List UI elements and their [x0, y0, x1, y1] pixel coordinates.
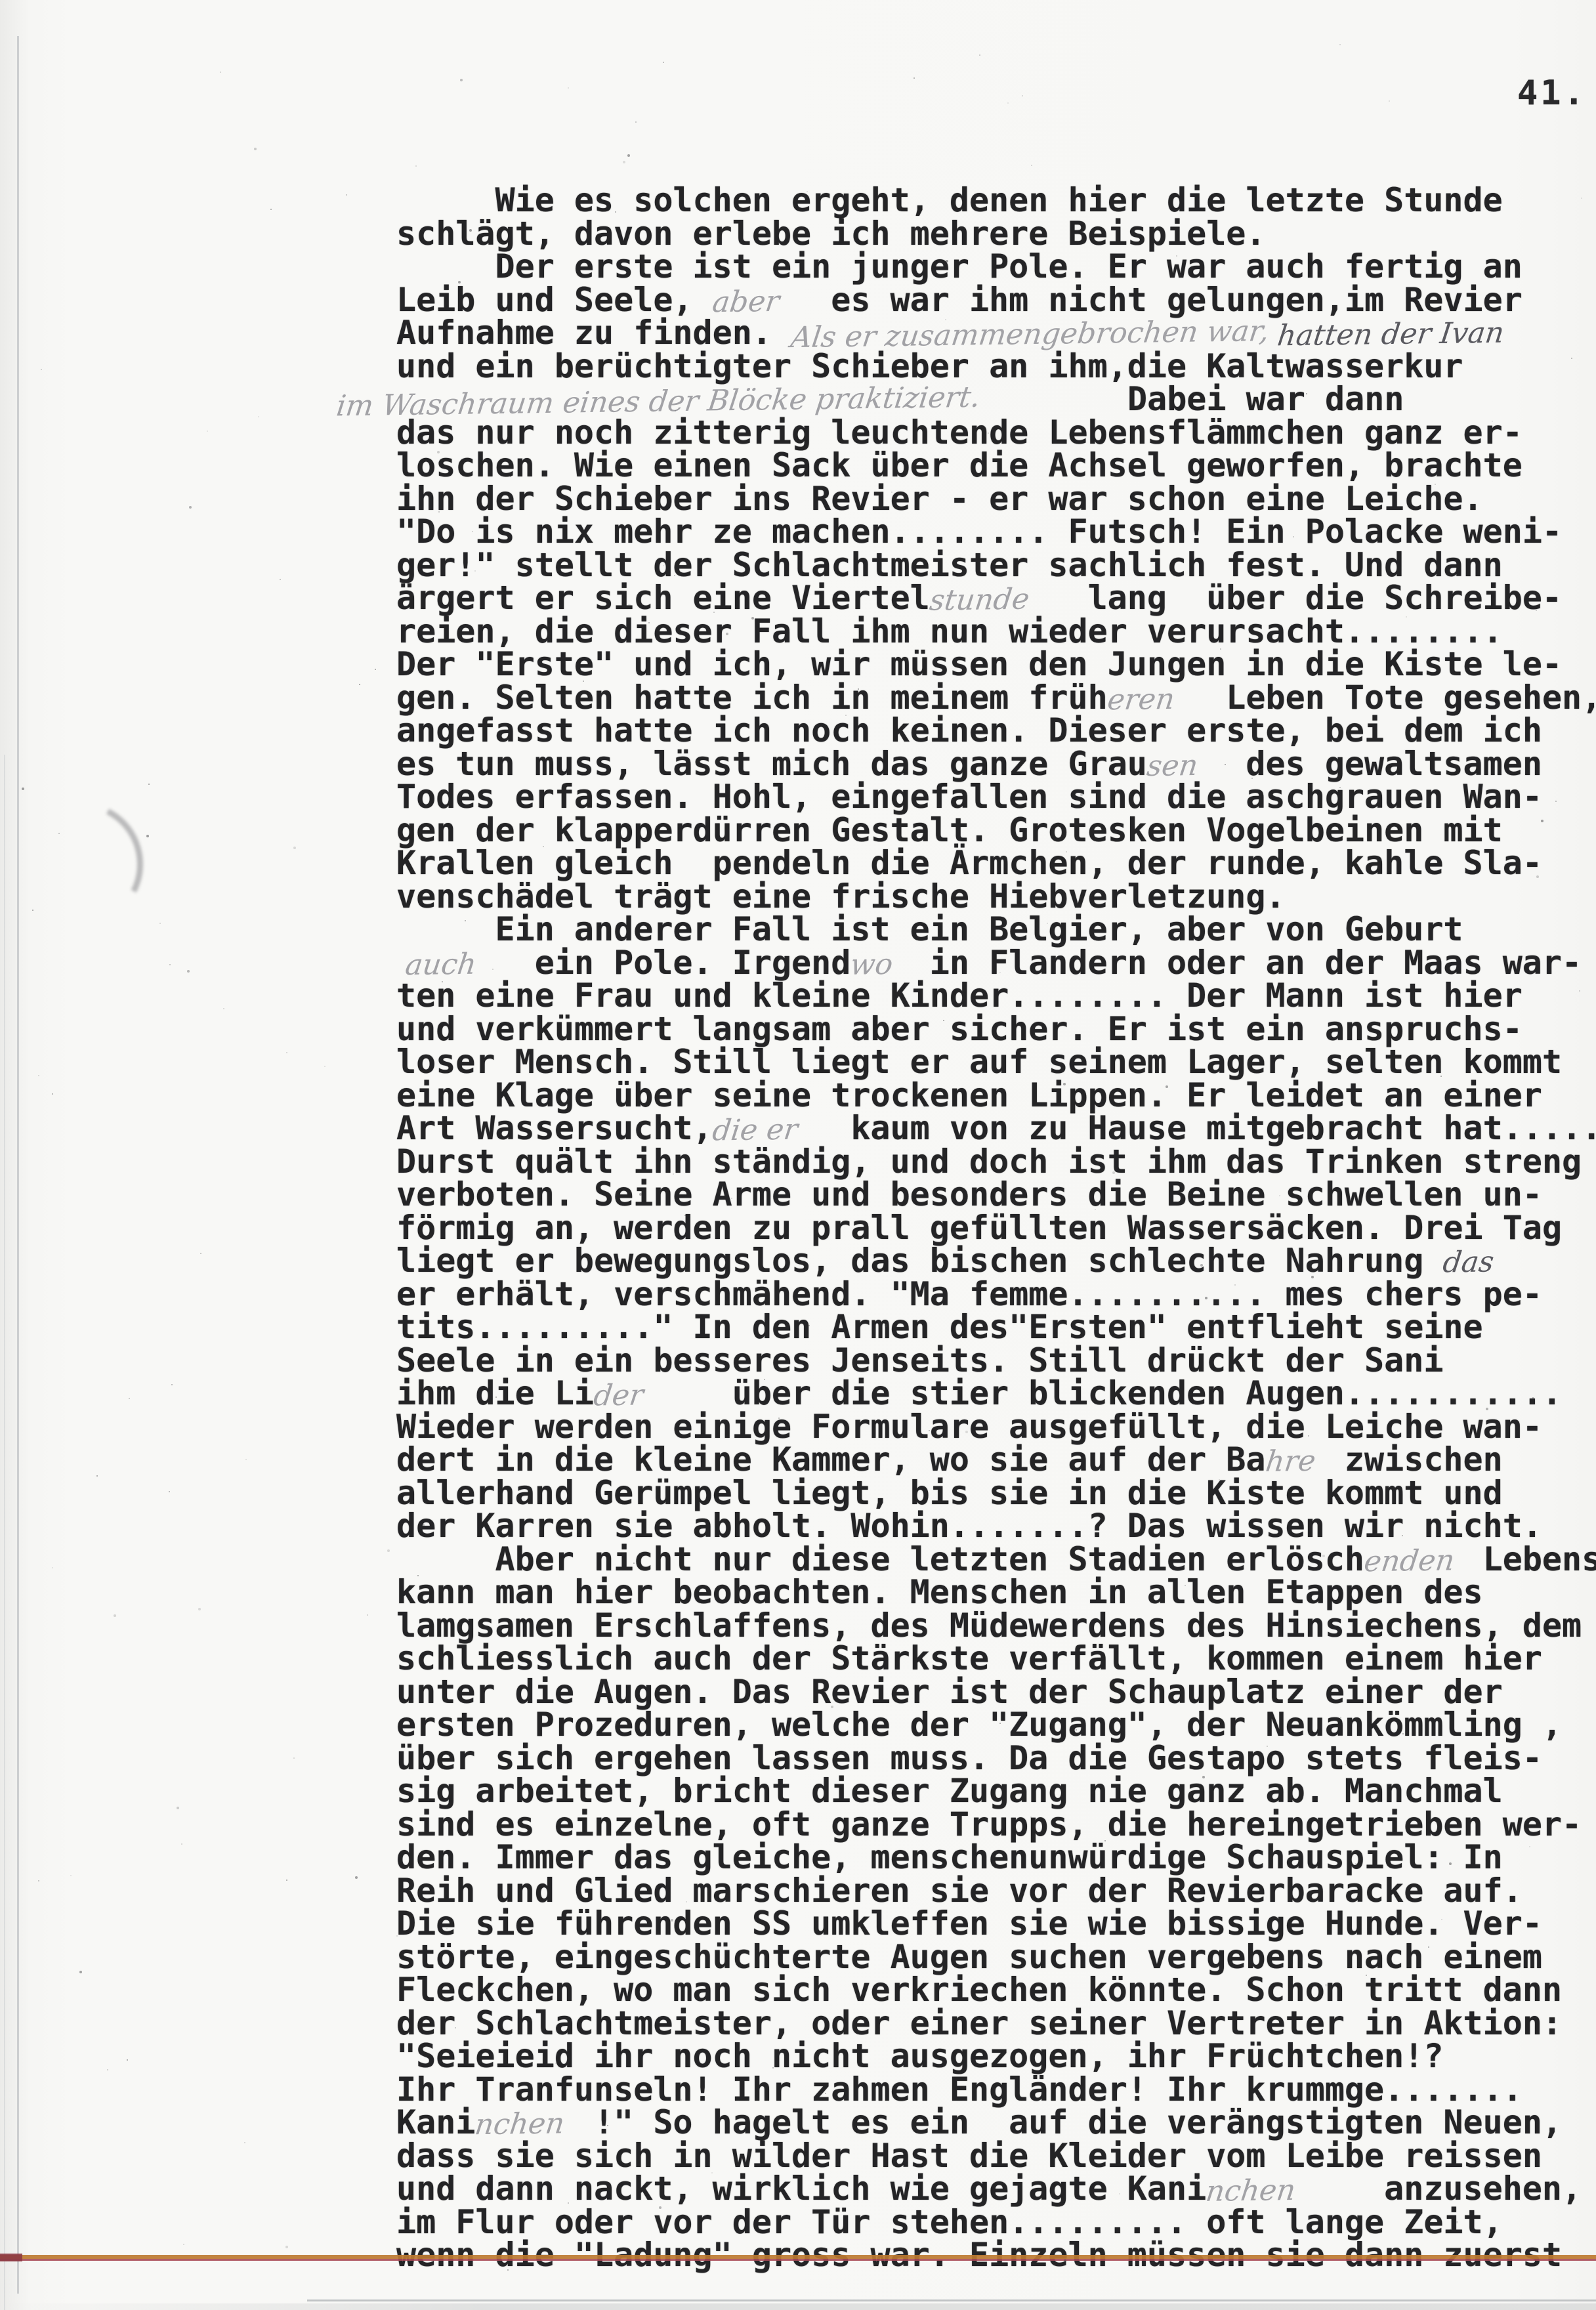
scan-noise-speck [1579, 990, 1580, 992]
typed-text-segment: loschen. Wie einen Sack über die Achsel … [396, 446, 1522, 484]
document-line: förmig an, werden zu prall gefüllten Was… [396, 1211, 1596, 1245]
typed-text-segment: gen. Selten hatte ich in meinem früh [396, 679, 1108, 717]
document-line: auchein Pole. Irgendwoin Flandern oder a… [396, 946, 1596, 980]
scan-noise-speck [1449, 1862, 1452, 1865]
scan-noise-speck [999, 1723, 1001, 1724]
scan-noise-speck [1492, 421, 1493, 422]
scan-noise-speck [711, 2172, 713, 2173]
scan-noise-speck [146, 835, 149, 837]
scan-noise-speck [1095, 1209, 1096, 1210]
scan-noise-speck [22, 787, 24, 790]
scan-noise-speck [1091, 894, 1092, 896]
document-line: ten eine Frau und kleine Kinder........ … [396, 979, 1596, 1013]
scan-noise-speck [1474, 1854, 1475, 1855]
document-line: sind es einzelne, oft ganze Trupps, die … [396, 1808, 1596, 1841]
handwritten-annotation: aber [710, 284, 833, 319]
scan-noise-speck [713, 612, 715, 613]
typed-text-segment: reien, die dieser Fall ihm nun wieder ve… [396, 612, 1503, 650]
scan-noise-speck [671, 1919, 673, 1921]
highlight-rule-red [0, 2259, 1596, 2261]
scan-noise-speck [1047, 923, 1048, 924]
typed-text-segment: des gewaltsamen [1246, 745, 1542, 783]
scan-noise-speck [659, 2206, 661, 2209]
scan-noise-speck [778, 1417, 780, 1419]
scan-noise-speck [472, 531, 473, 532]
scan-noise-speck [1279, 1195, 1280, 1196]
scan-noise-speck [1366, 1975, 1367, 1976]
typed-text-segment: es tun muss, lässt mich das ganze Grau [396, 745, 1147, 783]
scan-noise-speck [1119, 2193, 1120, 2194]
document-line: den. Immer das gleiche, menschenunwürdig… [396, 1841, 1596, 1874]
scan-noise-speck [183, 2244, 184, 2245]
document-line: Ihr Tranfunseln! Ihr zahmen Engländer! I… [396, 2073, 1596, 2107]
scan-noise-speck [1076, 1729, 1077, 1731]
scan-noise-speck [1448, 2190, 1449, 2191]
scan-edge-line [17, 36, 19, 2294]
typed-text-segment: zwischen [1345, 1440, 1503, 1479]
typed-text-segment: der Schlachtmeister, oder einer seiner V… [396, 2004, 1562, 2042]
scan-noise-speck [913, 77, 915, 79]
scan-edge-line-faint [4, 755, 5, 2310]
scan-noise-speck [285, 2246, 288, 2248]
scan-noise-speck [1080, 793, 1083, 796]
scan-noise-speck [764, 1379, 765, 1380]
scan-noise-speck [417, 1575, 419, 1576]
scan-noise-speck [1532, 1397, 1534, 1398]
scan-noise-speck [638, 1486, 639, 1487]
scan-noise-speck [245, 1459, 247, 1460]
scan-noise-speck [441, 1024, 442, 1025]
scan-noise-speck [79, 1971, 82, 1973]
scan-noise-speck [1022, 95, 1023, 96]
scan-noise-speck [32, 910, 33, 911]
typed-text-segment: dert in die kleine Kammer, wo sie auf de… [396, 1440, 1266, 1479]
document-line: das nur noch zitterig leuchtende Lebensf… [396, 416, 1596, 450]
scan-noise-speck [286, 1879, 287, 1881]
scan-noise-speck [979, 54, 980, 56]
scan-noise-speck [293, 847, 296, 849]
scan-noise-speck [38, 1880, 39, 1881]
scan-noise-speck [988, 432, 989, 434]
scan-noise-speck [396, 1935, 398, 1937]
scan-noise-speck [808, 1325, 810, 1326]
scan-noise-speck [70, 1875, 72, 1876]
handwritten-annotation: sen [1145, 748, 1248, 783]
scan-noise-speck [1389, 100, 1390, 102]
scan-noise-speck [367, 1614, 368, 1616]
scan-noise-speck [387, 1549, 390, 1552]
typed-text-segment: Der "Erste" und ich, wir müssen den Jung… [396, 645, 1562, 683]
scan-noise-speck [280, 579, 281, 580]
scan-noise-speck [223, 1008, 224, 1009]
scan-noise-speck [943, 1020, 944, 1021]
scan-noise-speck [1007, 102, 1009, 104]
handwritten-annotation: Als er zusammengebrochen war, [789, 315, 1280, 355]
document-line: Leib und Seele, aberes war ihm nicht gel… [396, 283, 1596, 317]
scan-noise-speck [501, 304, 502, 305]
scan-noise-speck [1406, 616, 1407, 618]
scan-noise-speck [1200, 1264, 1203, 1267]
scan-noise-speck [198, 1608, 201, 1610]
scan-noise-speck [207, 430, 208, 432]
scan-noise-speck [1193, 2021, 1194, 2023]
scan-noise-speck [1064, 2259, 1066, 2262]
typed-text-segment: "Seieieid ihr noch nicht ausgezogen, ihr… [396, 2037, 1443, 2075]
scan-noise-speck [639, 1193, 642, 1196]
typed-text-segment: ärgert er sich eine Viertel [396, 579, 930, 617]
document-line: Ein anderer Fall ist ein Belgier, aber v… [396, 913, 1596, 946]
scan-noise-speck [200, 1253, 201, 1254]
typed-text-segment: Aber nicht nur diese letzten Stadien erl… [396, 1540, 1364, 1578]
scan-noise-speck [1571, 358, 1572, 359]
typed-text-segment: er erhält, verschmähend. "Ma femme......… [396, 1275, 1542, 1313]
typed-text-segment: ihm die Li [396, 1374, 594, 1412]
handwritten-annotation: stunde [927, 582, 1090, 618]
typed-text-segment: Seele in ein besseres Jenseits. Still dr… [396, 1341, 1443, 1379]
document-line: gen der klapperdürren Gestalt. Grotesken… [396, 814, 1596, 847]
scan-noise-speck [689, 375, 690, 377]
hole-punch-mark [2, 786, 159, 942]
scan-noise-speck [1177, 1220, 1178, 1221]
document-line: ärgert er sich eine Viertelstundelang üb… [396, 581, 1596, 615]
document-line: liegt er bewegungslos, das bischen schle… [396, 1244, 1596, 1278]
scan-noise-speck [492, 969, 493, 970]
typed-text-segment: der Karren sie abholt. Wohin.......? Das… [396, 1507, 1542, 1545]
scan-noise-speck [999, 972, 1001, 973]
scan-noise-speck [607, 2125, 608, 2126]
document-line: schlägt, davon erlebe ich mehrere Beispi… [396, 217, 1596, 251]
scan-noise-speck [679, 2099, 682, 2101]
typed-text-segment: dass sie sich in wilder Hast die Kleider… [396, 2137, 1542, 2175]
document-text-block: Wie es solchen ergeht, denen hier die le… [396, 184, 1596, 2272]
handwritten-annotation: enden [1362, 1543, 1485, 1578]
document-line: Aufnahme zu finden. Als er zusammengebro… [396, 316, 1596, 350]
scan-noise-speck [258, 416, 259, 417]
scan-noise-speck [187, 970, 190, 973]
document-line: es tun muss, lässt mich das ganze Grause… [396, 747, 1596, 781]
typed-text-segment: ger!" stellt der Schlachtmeister sachlic… [396, 546, 1503, 584]
scan-noise-speck [825, 2093, 826, 2094]
document-line: sig arbeitet, bricht dieser Zugang nie g… [396, 1774, 1596, 1808]
scan-noise-speck [455, 2027, 456, 2028]
scan-noise-speck [675, 410, 676, 411]
typed-text-segment: Lebens [1483, 1540, 1596, 1578]
document-line: reien, die dieser Fall ihm nun wieder ve… [396, 615, 1596, 648]
scan-noise-speck [1202, 624, 1203, 625]
scan-noise-speck [1057, 957, 1060, 960]
scan-noise-speck [1225, 764, 1226, 765]
scan-noise-speck [159, 923, 161, 924]
document-line: über sich ergehen lassen muss. Da die Ge… [396, 1742, 1596, 1775]
scan-noise-speck [1066, 851, 1067, 852]
scan-noise-speck [1402, 1733, 1404, 1734]
scan-noise-speck [415, 165, 417, 167]
typed-text-segment: kaum von zu Hause mitgebracht hat..... [850, 1109, 1596, 1147]
scan-noise-speck [171, 1384, 173, 1385]
document-line: Die sie führenden SS umkleffen sie wie b… [396, 1907, 1596, 1941]
scan-noise-speck [633, 1563, 635, 1564]
typed-text-segment: loser Mensch. Still liegt er auf seinem … [396, 1043, 1562, 1081]
scan-noise-speck [1100, 1658, 1101, 1659]
scan-noise-speck [1459, 2120, 1461, 2122]
document-line: schliesslich auch der Stärkste verfällt,… [396, 1642, 1596, 1675]
scan-noise-speck [446, 1928, 448, 1929]
scan-noise-speck [38, 1075, 39, 1076]
typed-text-segment: förmig an, werden zu prall gefüllten Was… [396, 1209, 1562, 1247]
typed-text-segment: kann man hier beobachten. Menschen in al… [396, 1573, 1483, 1611]
scan-noise-speck [1322, 1555, 1325, 1557]
highlight-rule-left-end [0, 2254, 22, 2261]
typed-text-segment: und verkümmert langsam aber sicher. Er i… [396, 1010, 1522, 1048]
document-line: unter die Augen. Das Revier ist der Scha… [396, 1675, 1596, 1709]
typed-text-segment: ersten Prozeduren, welche der "Zugang", … [396, 1706, 1562, 1744]
scan-noise-speck [1234, 1284, 1236, 1286]
scan-noise-speck [1205, 1297, 1207, 1299]
scan-noise-speck [1251, 778, 1253, 779]
scan-noise-speck [1450, 2229, 1451, 2230]
typed-text-segment: Wie es solchen ergeht, denen hier die le… [396, 181, 1503, 219]
document-line: Seele in ein besseres Jenseits. Still dr… [396, 1344, 1596, 1377]
scan-noise-speck [635, 121, 637, 123]
scan-noise-speck [375, 669, 376, 670]
typed-text-segment: Art Wassersucht, [396, 1109, 713, 1147]
document-line: Krallen gleich pendeln die Ärmchen, der … [396, 847, 1596, 880]
scan-noise-speck [1529, 1846, 1530, 1847]
scan-noise-speck [189, 506, 192, 509]
scan-noise-speck [992, 2227, 995, 2229]
scan-noise-speck [1555, 801, 1557, 802]
typed-text-segment: ten eine Frau und kleine Kinder........ … [396, 976, 1522, 1015]
document-line: und ein berüchtigter Schieber an ihm,die… [396, 350, 1596, 383]
scan-noise-speck [975, 1931, 976, 1933]
typed-text-segment: liegt er bewegungslos, das bischen schle… [396, 1242, 1443, 1280]
typed-text-segment: schliesslich auch der Stärkste verfällt,… [396, 1639, 1542, 1677]
typed-text-segment: Leib und Seele, [396, 281, 713, 319]
scan-noise-speck [1345, 1764, 1346, 1765]
scan-noise-speck [458, 281, 461, 283]
typed-text-segment: unter die Augen. Das Revier ist der Scha… [396, 1673, 1503, 1711]
document-line: Todes erfassen. Hohl, eingefallen sind d… [396, 780, 1596, 814]
typed-text-segment: Kani [396, 2103, 475, 2141]
document-line: venschädel trägt eine frische Hiebverlet… [396, 880, 1596, 913]
typed-text-segment: schlägt, davon erlebe ich mehrere Beispi… [396, 215, 1266, 253]
document-line: Reih und Glied marschieren sie vor der R… [396, 1874, 1596, 1908]
scan-noise-speck [1486, 1408, 1488, 1410]
scan-noise-speck [286, 1052, 287, 1053]
document-line: "Do is nix mehr ze machen........ Futsch… [396, 515, 1596, 549]
document-line: und dann nackt, wirklich wie gejagte Kan… [396, 2172, 1596, 2206]
document-line: Wie es solchen ergeht, denen hier die le… [396, 184, 1596, 217]
scan-noise-speck [975, 1685, 976, 1686]
scan-noise-speck [1018, 1952, 1019, 1954]
typed-text-segment: sig arbeitet, bricht dieser Zugang nie g… [396, 1772, 1503, 1810]
scan-noise-speck [181, 1843, 182, 1845]
document-line: Art Wassersucht,die erkaum von zu Hause … [396, 1112, 1596, 1145]
scan-noise-speck [673, 1173, 674, 1175]
document-line: ihm die Liderüber die stier blickenden A… [396, 1377, 1596, 1410]
document-line: "Seieieid ihr noch nicht ausgezogen, ihr… [396, 2040, 1596, 2073]
handwritten-annotation: der [592, 1378, 734, 1413]
document-line: loser Mensch. Still liegt er auf seinem … [396, 1045, 1596, 1079]
scan-noise-speck [663, 62, 664, 63]
scan-noise-speck [1063, 1083, 1066, 1085]
typed-text-segment: es war ihm nicht gelungen,im Revier [831, 281, 1522, 319]
scan-noise-speck [856, 2132, 857, 2133]
typed-text-segment: Krallen gleich pendeln die Ärmchen, der … [396, 844, 1542, 882]
typed-text-segment: lang über die Schreibe- [1088, 579, 1562, 617]
scan-noise-speck [1456, 2221, 1458, 2223]
scan-noise-speck [1120, 210, 1122, 211]
scan-noise-speck [1581, 198, 1582, 199]
handwritten-annotation: wo [849, 948, 932, 982]
scan-noise-speck [505, 890, 506, 891]
scan-noise-speck [1355, 1863, 1356, 1864]
typed-text-segment: ihn der Schieber ins Revier - er war sch… [396, 480, 1483, 518]
scan-noise-speck [1541, 820, 1543, 822]
handwritten-annotation: nchen [1204, 2173, 1387, 2208]
typed-text-segment: im Flur oder vor der Tür stehen.........… [396, 2203, 1503, 2241]
typed-text-segment: !" So hagelt es ein auf die verängstigte… [594, 2103, 1562, 2141]
scan-noise-speck [1339, 787, 1341, 788]
typed-text-segment: über sich ergehen lassen muss. Da die Ge… [396, 1739, 1542, 1777]
scan-noise-speck [293, 1757, 295, 1759]
scan-noise-speck [96, 1475, 98, 1477]
scan-noise-speck [1385, 435, 1387, 436]
scan-noise-speck [1165, 1085, 1168, 1088]
typed-text-segment: allerhand Gerümpel liegt, bis sie in die… [396, 1474, 1503, 1512]
document-line: der Schlachtmeister, oder einer seiner V… [396, 2007, 1596, 2040]
scan-noise-speck [58, 833, 60, 834]
typed-text-segment: in Flandern oder an der Maas war- [930, 944, 1582, 982]
scan-noise-speck [943, 440, 944, 441]
typed-text-segment: Leben Tote gesehen, [1226, 679, 1596, 717]
scan-noise-speck [731, 1198, 732, 1199]
scan-noise-speck [1486, 2166, 1488, 2168]
scan-noise-speck [1311, 1276, 1314, 1278]
scan-noise-speck [663, 565, 664, 566]
scan-noise-speck [501, 2091, 502, 2092]
scan-noise-speck [1536, 610, 1537, 611]
document-line: der Karren sie abholt. Wohin.......? Das… [396, 1509, 1596, 1543]
scan-noise-speck [568, 2202, 569, 2204]
typed-text-segment: über die stier blickenden Augen.........… [732, 1374, 1562, 1412]
document-line: ersten Prozeduren, welche der "Zugang", … [396, 1708, 1596, 1742]
typed-text-segment: sind es einzelne, oft ganze Trupps, die … [396, 1805, 1582, 1843]
scan-noise-speck [684, 1835, 686, 1836]
typed-text-segment: Die sie führenden SS umkleffen sie wie b… [396, 1904, 1542, 1942]
typed-text-segment: "Do is nix mehr ze machen........ Futsch… [396, 513, 1562, 551]
scan-noise-speck [726, 633, 728, 635]
typed-text-segment: Fleckchen, wo man sich verkriechen könnt… [396, 1971, 1562, 2009]
handwritten-annotation: eren [1105, 682, 1228, 717]
document-line: im Waschraum eines der Blöcke praktizier… [337, 383, 1596, 416]
scan-noise-speck [129, 1398, 130, 1399]
typed-text-segment: venschädel trägt eine frische Hiebverlet… [396, 877, 1286, 915]
scan-noise-speck [507, 2269, 509, 2271]
handwritten-annotation: hatten der Ivan [1275, 317, 1505, 353]
document-line: gen. Selten hatte ich in meinem früheren… [396, 681, 1596, 715]
scan-noise-speck [422, 1524, 425, 1526]
scan-noise-speck [583, 681, 584, 682]
scan-noise-speck [127, 2059, 128, 2061]
scan-noise-speck [674, 575, 675, 576]
typed-text-segment: Wieder werden einige Formulare ausgefüll… [396, 1408, 1542, 1446]
scan-noise-speck [854, 2050, 857, 2053]
document-line: dert in die kleine Kammer, wo sie auf de… [396, 1443, 1596, 1477]
typed-text-segment: Aufnahme zu finden. [396, 314, 791, 352]
typed-text-segment: störte, eingeschüchterte Augen suchen ve… [396, 1938, 1542, 1976]
scan-noise-speck [1379, 1190, 1381, 1191]
scan-noise-speck [685, 2159, 686, 2160]
typed-text-segment: Todes erfassen. Hohl, eingefallen sind d… [396, 778, 1542, 816]
typed-text-segment: gen der klapperdürren Gestalt. Grotesken… [396, 811, 1503, 849]
scan-noise-speck [495, 1396, 497, 1398]
document-line: dass sie sich in wilder Hast die Kleider… [396, 2139, 1596, 2173]
typed-text-segment: Ihr Tranfunseln! Ihr zahmen Engländer! I… [396, 2070, 1522, 2109]
scan-noise-speck [244, 2142, 245, 2143]
typed-text-segment: anzusehen, [1384, 2170, 1582, 2208]
scan-noise-speck [148, 784, 150, 785]
scan-noise-speck [615, 211, 616, 213]
scan-noise-speck [465, 920, 466, 921]
typed-text-segment: eine Klage über seine trockenen Lippen. … [396, 1076, 1542, 1114]
scan-noise-speck [1202, 1776, 1205, 1778]
scan-noise-speck [841, 1753, 843, 1755]
document-line: Der erste ist ein junger Pole. Er war au… [396, 250, 1596, 283]
scan-noise-speck [845, 715, 847, 716]
scan-noise-speck [945, 319, 946, 320]
typed-text-segment: verboten. Seine Arme und besonders die B… [396, 1175, 1542, 1213]
scan-noise-speck [1377, 795, 1378, 797]
scan-noise-speck [1435, 484, 1436, 485]
document-line: und verkümmert langsam aber sicher. Er i… [396, 1013, 1596, 1046]
typed-text-segment: angefasst hatte ich noch keinen. Dieser … [396, 711, 1542, 749]
scan-noise-speck [1339, 44, 1341, 45]
scan-noise-speck [1536, 875, 1539, 878]
scan-noise-speck [623, 161, 625, 163]
scan-noise-speck [858, 688, 859, 690]
scan-noise-speck [52, 1093, 53, 1095]
scan-noise-speck [555, 2063, 556, 2064]
scan-noise-speck [169, 964, 171, 965]
handwritten-annotation: die er [710, 1113, 852, 1148]
scan-noise-speck [1441, 1919, 1442, 1920]
scan-noise-speck [1112, 1171, 1115, 1174]
document-line: im Flur oder vor der Tür stehen.........… [396, 2206, 1596, 2239]
scan-noise-speck [686, 1901, 687, 1902]
document-line: Fleckchen, wo man sich verkriechen könnt… [396, 1973, 1596, 2007]
scan-noise-speck [437, 451, 440, 453]
document-line: angefasst hatte ich noch keinen. Dieser … [396, 714, 1596, 747]
scan-noise-speck [1440, 1076, 1442, 1077]
document-line: verboten. Seine Arme und besonders die B… [396, 1178, 1596, 1211]
scan-noise-speck [169, 1491, 170, 1492]
scan-noise-speck [1402, 1535, 1403, 1536]
scan-noise-speck [1030, 1816, 1032, 1818]
document-line: ger!" stellt der Schlachtmeister sachlic… [396, 549, 1596, 582]
scan-noise-speck [1219, 1479, 1220, 1480]
scan-noise-speck [438, 511, 440, 513]
typed-text-segment: tits........." In den Armen des"Ersten" … [396, 1308, 1483, 1346]
typed-text-segment: Der erste ist ein junger Pole. Er war au… [396, 247, 1522, 285]
scan-noise-speck [355, 1876, 358, 1879]
document-line: lamgsamen Erschlaffens, des Müdewerdens … [396, 1609, 1596, 1643]
document-line: kann man hier beobachten. Menschen in al… [396, 1576, 1596, 1609]
scan-noise-speck [946, 260, 948, 262]
scan-noise-speck [917, 1285, 918, 1286]
scan-noise-speck [41, 369, 42, 370]
scan-noise-speck [1428, 1946, 1429, 1948]
